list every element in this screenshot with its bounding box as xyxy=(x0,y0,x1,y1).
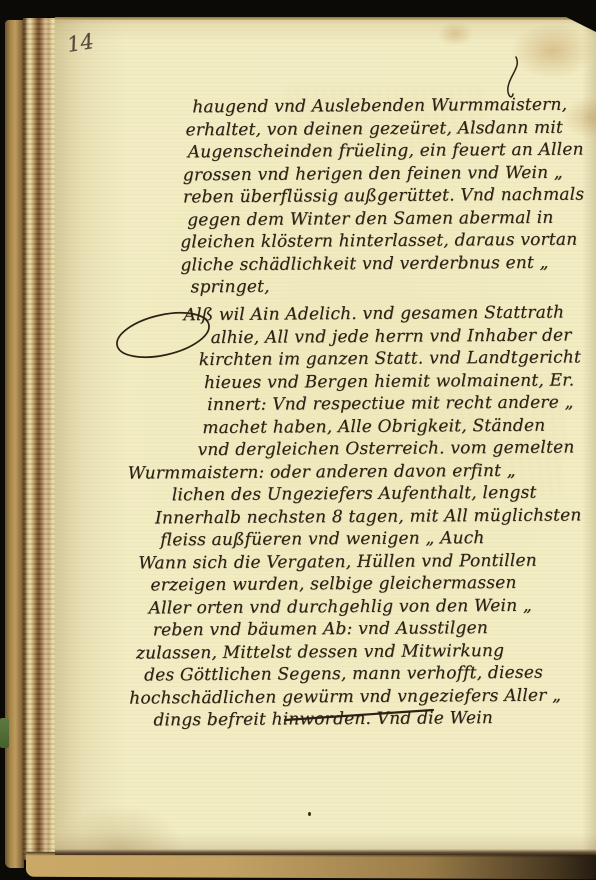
manuscript-line: hochschädlichen gewürm vnd vngeziefers A… xyxy=(129,684,583,710)
manuscript-line: Aller orten vnd durchgehlig von den Wein… xyxy=(149,594,583,620)
manuscript-line: Augenscheinden früeling, ein feuert an A… xyxy=(188,139,584,164)
manuscript-line: gliche schädlichkeit vnd verderbnus ent … xyxy=(180,251,584,276)
folio-number: 14 xyxy=(65,29,95,57)
manuscript-line: zulassen, Mittelst dessen vnd Mitwirkung xyxy=(136,639,583,665)
green-bookmark xyxy=(0,718,9,748)
paragraph-1: haugend vnd Auslebenden Wurmmaistern, er… xyxy=(179,94,585,299)
manuscript-line: Alß wil Ain Adelich. vnd gesamen Stattra… xyxy=(184,301,581,326)
manuscript-line: hieues vnd Bergen hiemit wolmainent, Er. xyxy=(204,369,581,394)
manuscript-line: machet haben, Alle Obrigkeit, Ständen xyxy=(202,414,581,439)
page-corner-gap xyxy=(566,17,596,32)
manuscript-line: springet, xyxy=(191,274,585,299)
page-edge-top xyxy=(55,17,596,20)
book-cover-edge-bottom xyxy=(26,852,596,879)
manuscript-line: innert: Vnd respectiue mit recht andere … xyxy=(207,391,581,416)
ink-speck xyxy=(308,812,311,816)
manuscript-line: erhaltet, von deinen gezeüret, Alsdann m… xyxy=(185,116,583,141)
manuscript-line: reben überflüssig außgerüttet. Vnd nachm… xyxy=(183,184,584,209)
manuscript-line: Wurmmaistern: oder anderen davon erfint … xyxy=(128,459,582,485)
manuscript-line: des Göttlichen Segens, mann verhofft, di… xyxy=(144,661,583,687)
page-edge-stack xyxy=(23,18,59,860)
manuscript-line: alhie, All vnd jede herrn vnd Inhaber de… xyxy=(211,324,581,349)
manuscript-line: lichen des Ungeziefers Aufenthalt, lengs… xyxy=(172,481,582,506)
manuscript-line: Innerhalb nechsten 8 tagen, mit All mügl… xyxy=(155,504,582,529)
manuscript-line: dings befreit hinworden. Vnd die Wein xyxy=(153,706,583,732)
manuscript-line: haugend vnd Auslebenden Wurmmaistern, xyxy=(192,94,583,119)
manuscript-line: gleichen klöstern hinterlasset, daraus v… xyxy=(180,229,584,254)
manuscript-page: 14 haugend vnd Auslebenden Wurmmaistern,… xyxy=(55,17,596,855)
manuscript-line: fleiss außfüeren vnd wenigen „ Auch xyxy=(160,526,582,551)
manuscript-line: reben vnd bäumen Ab: vnd Ausstilgen xyxy=(153,616,583,642)
manuscript-line: gegen dem Winter den Samen abermal in xyxy=(187,206,584,231)
manuscript-line: Wann sich die Vergaten, Hüllen vnd Ponti… xyxy=(138,549,582,575)
manuscript-line: grossen vnd herigen den feinen vnd Wein … xyxy=(183,161,584,186)
page-edge-bottom xyxy=(55,849,596,855)
manuscript-line: erzeigen wurden, selbige gleichermassen xyxy=(150,571,582,597)
paragraph-2: Alß wil Ain Adelich. vnd gesamen Stattra… xyxy=(127,301,584,732)
photo-background: 14 haugend vnd Auslebenden Wurmmaistern,… xyxy=(0,0,596,880)
manuscript-line: vnd dergleichen Osterreich. vom gemelten xyxy=(197,436,581,461)
manuscript-line: kirchten im ganzen Statt. vnd Landtgeric… xyxy=(199,346,581,371)
